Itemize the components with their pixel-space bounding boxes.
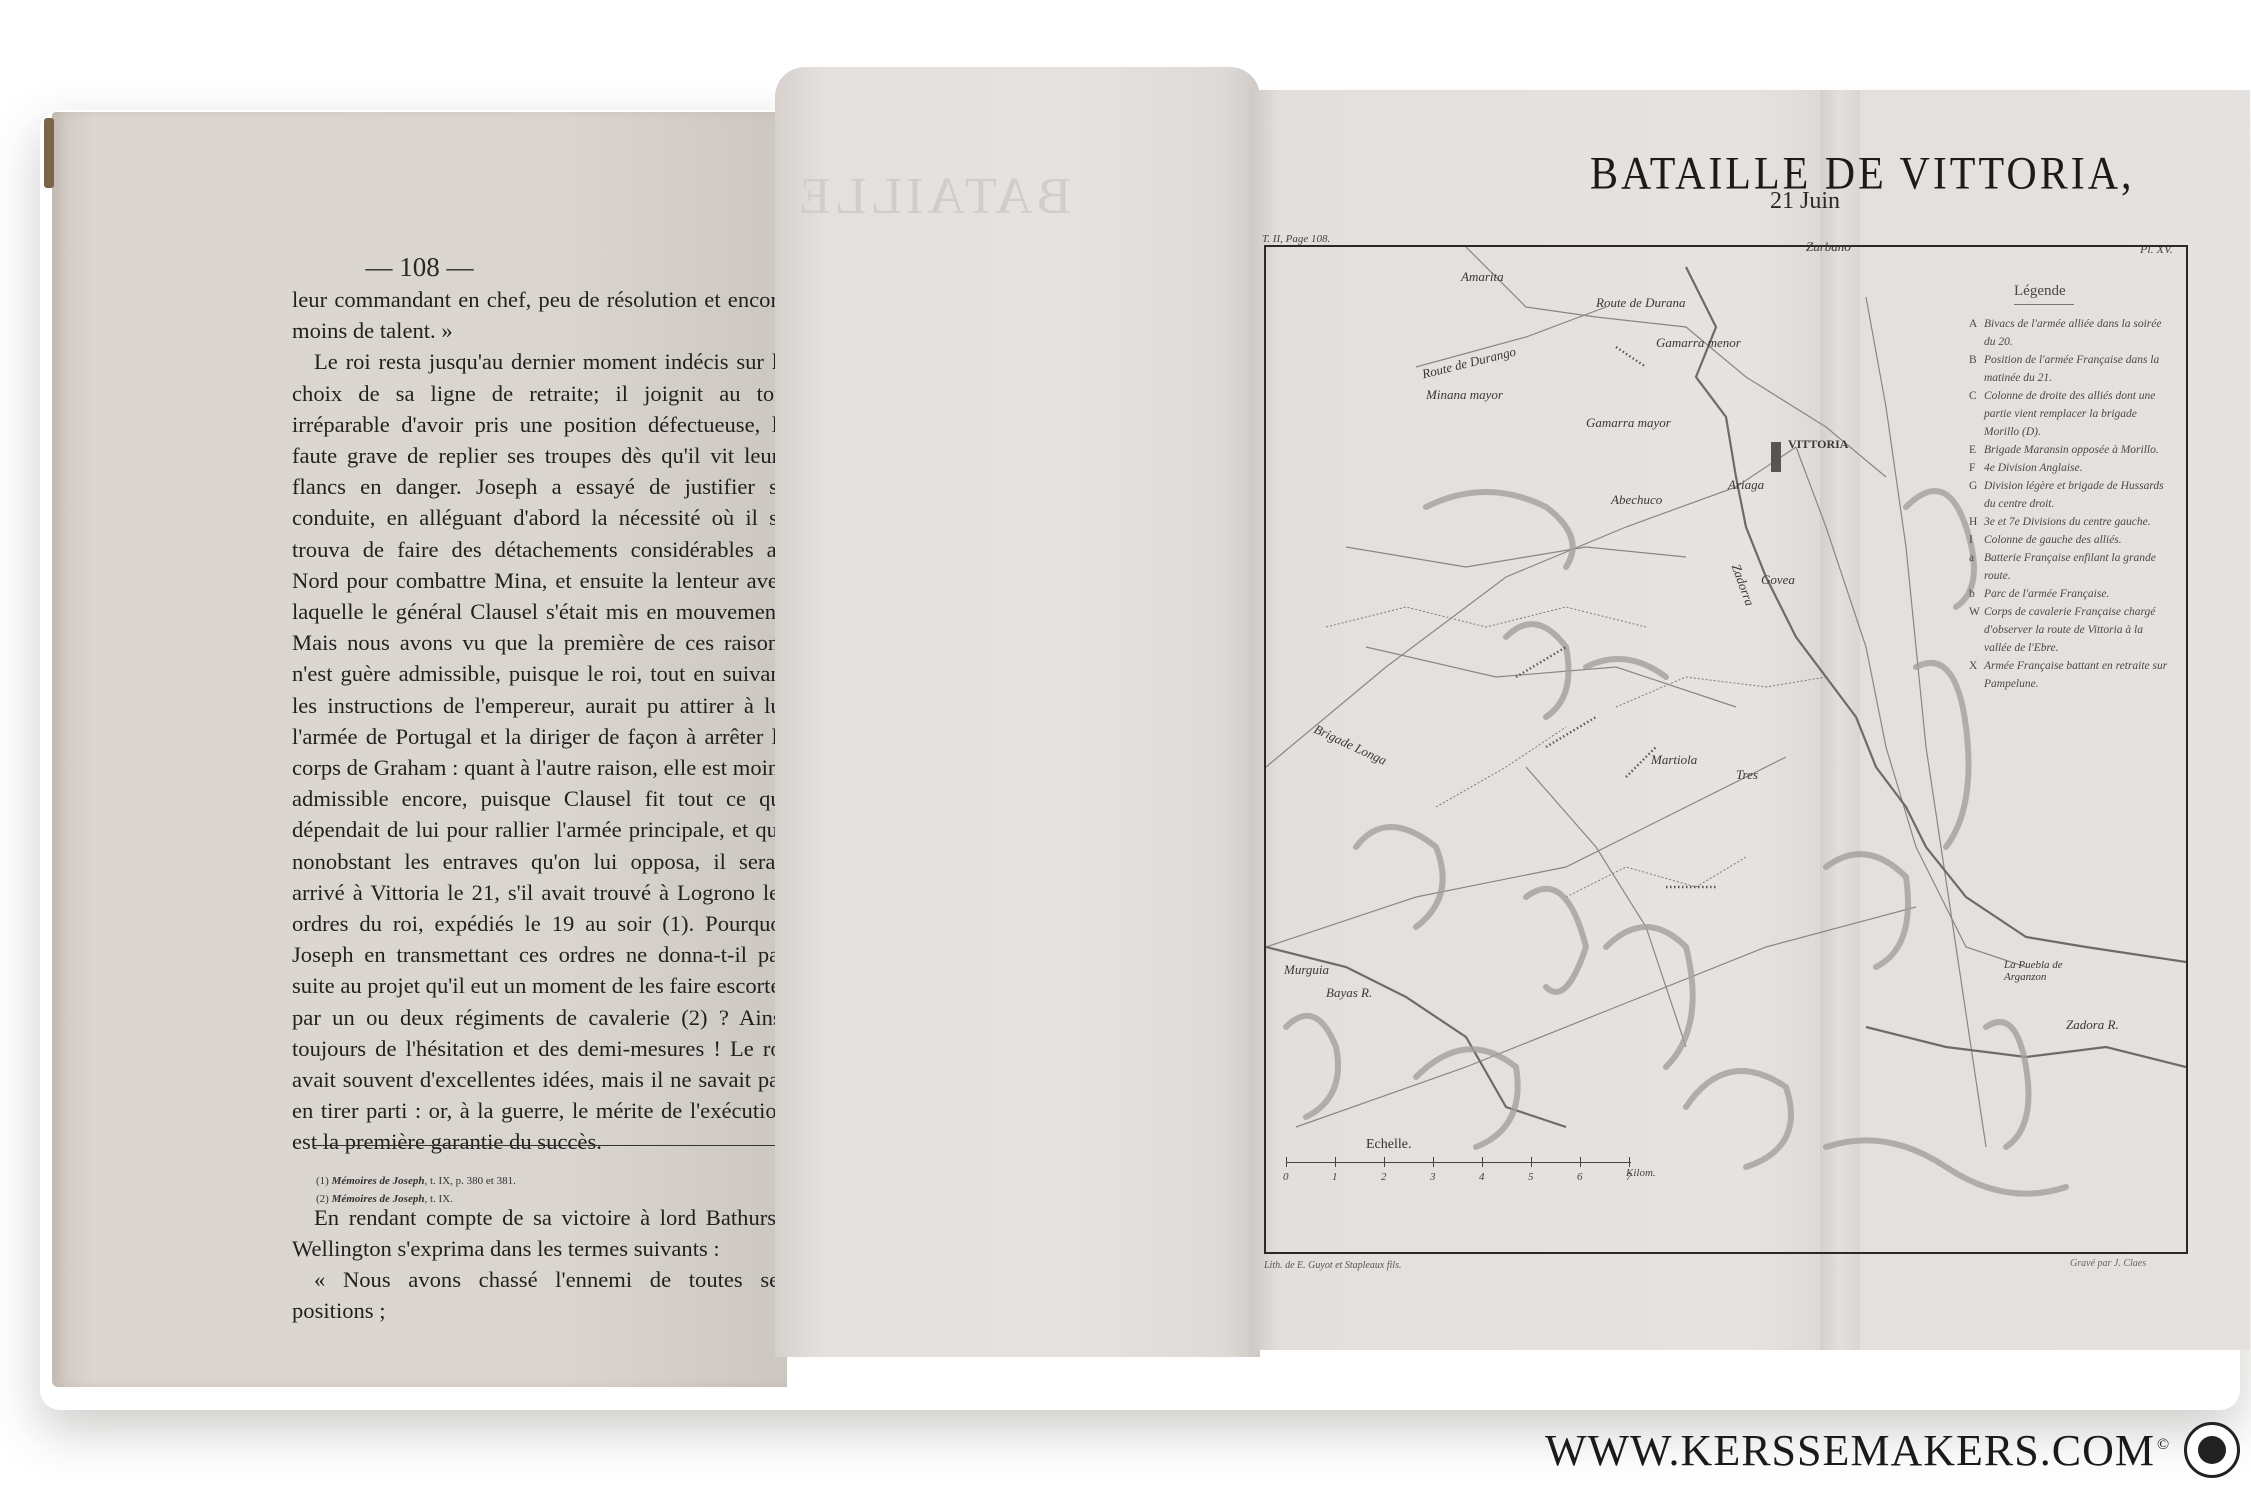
- copyright-symbol: ©: [2157, 1436, 2170, 1453]
- volume-page-note: T. II, Page 108.: [1262, 233, 1330, 245]
- vittoria-town-marker: [1771, 442, 1781, 472]
- blank-fold-page: BATAILLE: [775, 67, 1260, 1357]
- place-label: Ariaga: [1728, 477, 1764, 493]
- body-text: leur commandant en chef, peu de résoluti…: [292, 284, 788, 1327]
- legend-item: BPosition de l'armée Française dans la m…: [1969, 351, 2169, 387]
- legend-item: CColonne de droite des alliés dont une p…: [1969, 387, 2169, 441]
- antiquarian-association-badge-icon: [2184, 1422, 2240, 1478]
- legend-item: WCorps de cavalerie Française chargé d'o…: [1969, 603, 2169, 657]
- footnotes: (1) Mémoires de Joseph, t. IX, p. 380 et…: [316, 1172, 516, 1208]
- place-label: Murguia: [1284, 962, 1329, 978]
- place-label: Abechuco: [1611, 492, 1662, 508]
- page-edge-cover: [44, 118, 54, 188]
- scale-unit: Kilom.: [1626, 1167, 1656, 1179]
- scale-label: Echelle.: [1366, 1137, 1411, 1153]
- place-label: Amarita: [1461, 269, 1504, 285]
- legend-item: EBrigade Maransin opposée à Morillo.: [1969, 441, 2169, 459]
- place-label-vittoria: VITTORIA: [1788, 437, 1848, 452]
- map-title: BATAILLE DE VITTORIA,: [1590, 148, 2135, 201]
- footnote: (2) Mémoires de Joseph, t. IX.: [316, 1190, 516, 1208]
- footnote-rule: [314, 1145, 779, 1146]
- show-through-text: BATAILLE: [795, 167, 1071, 226]
- legend-item: ABivacs de l'armée alliée dans la soirée…: [1969, 315, 2169, 351]
- watermark-url: WWW.KERSSEMAKERS.COM©: [1545, 1425, 2170, 1476]
- place-label: Tres: [1736, 767, 1758, 783]
- place-label: Minana mayor: [1426, 387, 1503, 403]
- paragraph: « Nous avons chassé l'ennemi de toutes s…: [292, 1264, 788, 1326]
- footnote: (1) Mémoires de Joseph, t. IX, p. 380 et…: [316, 1172, 516, 1190]
- map-page: BATAILLE DE VITTORIA, 21 Juin T. II, Pag…: [1250, 90, 2250, 1350]
- legend-item: F4e Division Anglaise.: [1969, 459, 2169, 477]
- paragraph: En rendant compte de sa victoire à lord …: [292, 1202, 788, 1264]
- place-label: Govea: [1761, 572, 1795, 588]
- place-label: Martiola: [1651, 752, 1697, 768]
- place-label: Route de Durana: [1596, 295, 1686, 311]
- kerssemakers-watermark: WWW.KERSSEMAKERS.COM©: [1545, 1422, 2251, 1478]
- legend-item: bParc de l'armée Française.: [1969, 585, 2169, 603]
- engraver-credit: Gravé par J. Claes: [2070, 1258, 2146, 1269]
- place-label: Bayas R.: [1326, 985, 1372, 1001]
- lithographer-credit: Lith. de E. Guyot et Stapleaux fils.: [1264, 1260, 1401, 1271]
- legend-heading: Légende: [2014, 282, 2074, 305]
- place-label: La Puebla de Arganzon: [2004, 959, 2084, 983]
- page-number: — 108 —: [52, 252, 787, 283]
- legend-item: GDivision légère et brigade de Hussards …: [1969, 477, 2169, 513]
- map-date: 21 Juin: [1770, 188, 1840, 215]
- map-legend: Légende ABivacs de l'armée alliée dans l…: [1969, 282, 2169, 693]
- map-frame: Légende ABivacs de l'armée alliée dans l…: [1264, 245, 2188, 1254]
- left-page: — 108 — leur commandant en chef, peu de …: [52, 112, 787, 1387]
- legend-item: IColonne de gauche des alliés.: [1969, 531, 2169, 549]
- legend-item: H3e et 7e Divisions du centre gauche.: [1969, 513, 2169, 531]
- place-label: Zurbano: [1806, 239, 1851, 255]
- legend-item: XArmée Française battant en retraite sur…: [1969, 657, 2169, 693]
- place-label: Gamarra mayor: [1586, 415, 1671, 431]
- paragraph: Le roi resta jusqu'au dernier moment ind…: [292, 346, 788, 1157]
- place-label: Gamarra menor: [1656, 335, 1741, 351]
- place-label: Zadora R.: [2066, 1017, 2119, 1033]
- legend-item: aBatterie Française enfilant la grande r…: [1969, 549, 2169, 585]
- scale-bar: 0 1 2 3 4 5 6 7: [1286, 1162, 1631, 1163]
- paragraph: leur commandant en chef, peu de résoluti…: [292, 284, 788, 346]
